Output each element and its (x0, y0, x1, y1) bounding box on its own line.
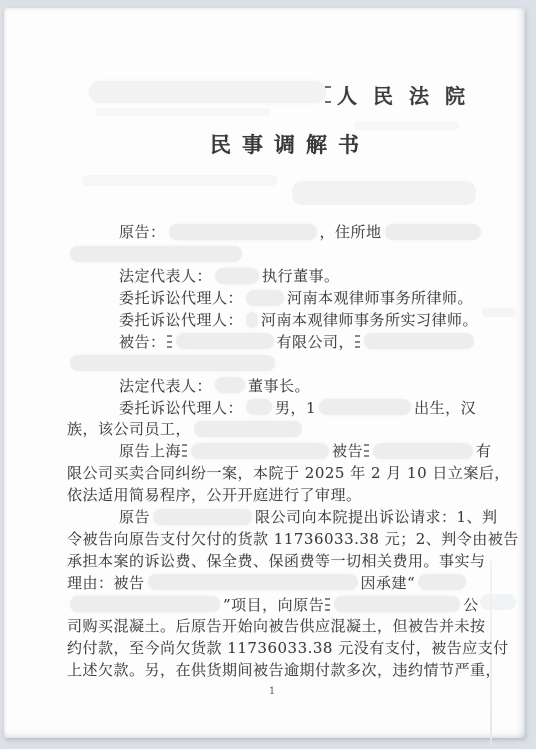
document-line: 委托诉讼代理人：河南本观律师事务所律师。 (67, 287, 476, 309)
line-text: 上述欠款。另，在供货期间被告逾期付款多次，违约情节严重， (67, 659, 501, 680)
redaction (373, 443, 473, 459)
redaction (153, 509, 252, 525)
redaction (246, 290, 284, 306)
line-text: 约付款，至今尚欠货款 11736033.38 元没有支付，被告应支付 (67, 637, 509, 658)
document-line: 依法适用简易程序，公开开庭进行了审理。 (67, 484, 476, 506)
redaction (191, 443, 329, 459)
line-text: 委托诉讼代理人： (119, 309, 243, 330)
line-text: 被告： (119, 331, 166, 352)
line-text: 因承建“ (361, 572, 416, 593)
redaction (364, 333, 474, 349)
document-line (67, 352, 476, 374)
line-text: 原告上海 (119, 440, 181, 461)
line-text: 被告 (332, 440, 363, 461)
glyph-fragment (325, 86, 331, 103)
line-text: 委托诉讼代理人： (119, 397, 243, 418)
line-text: ，住所地 (320, 221, 382, 242)
document-line: 原告上海被告有 (67, 440, 476, 462)
document-line: 法定代表人：董事长。 (67, 374, 476, 396)
line-text: 河南本观律师事务所实习律师。 (261, 309, 478, 330)
line-text: 法定代表人： (119, 265, 212, 286)
bleed-through-artifact (82, 175, 277, 186)
document-line: 原告限公司向本院提出诉讼请求：1、判 (67, 506, 476, 528)
line-text: 原告 (119, 506, 150, 527)
line-text: 原告： (119, 221, 166, 242)
line-text: 限公司买卖合同纠纷一案，本院于 2025 年 2 月 10 日立案后， (67, 462, 510, 483)
document-line: 限公司买卖合同纠纷一案，本院于 2025 年 2 月 10 日立案后， (67, 462, 476, 484)
line-text: 董事长。 (248, 375, 310, 396)
glyph-fragment (364, 444, 369, 457)
scanned-document-photo: { "header": { "court_suffix": "人民法院", "t… (0, 0, 536, 749)
line-text: 河南本观律师事务所律师。 (287, 287, 473, 308)
redaction (169, 224, 317, 240)
redaction-court-name (89, 81, 326, 103)
document-line: 约付款，至今尚欠货款 11736033.38 元没有支付，被告应支付 (67, 637, 476, 659)
redaction (215, 377, 245, 393)
glyph-fragment (167, 335, 172, 348)
line-text: 委托诉讼代理人： (119, 287, 243, 308)
document-body: 原告：，住所地法定代表人：执行董事。委托诉讼代理人：河南本观律师事务所律师。委托… (67, 221, 476, 681)
glyph-fragment (325, 598, 330, 611)
line-text: 承担本案的诉讼费、保全费、保函费等一切相关费用。事实与 (67, 550, 486, 571)
redaction (70, 246, 242, 262)
line-text: 法定代表人： (119, 375, 212, 396)
redaction (334, 596, 460, 612)
redaction (176, 333, 274, 349)
redaction-ghost (480, 594, 516, 610)
redaction (70, 355, 275, 371)
page-number: 1 (4, 686, 536, 697)
document-page: 人民法院 民事调解书 原告：，住所地法定代表人：执行董事。委托诉讼代理人：河南本… (4, 8, 525, 738)
redaction (194, 421, 302, 437)
redaction (215, 268, 259, 284)
document-title: 民事调解书 (210, 129, 370, 159)
document-line: 法定代表人：执行董事。 (67, 265, 476, 287)
line-text: 理由：被告 (67, 572, 145, 593)
court-name-suffix: 人民法院 (337, 80, 481, 109)
line-text: 男，1 (275, 397, 316, 418)
document-line: 承担本案的诉讼费、保全费、保函费等一切相关费用。事实与 (67, 549, 476, 571)
redaction (246, 399, 272, 415)
line-text: 限公司向本院提出诉讼请求：1、判 (255, 506, 498, 527)
document-line (67, 243, 476, 265)
redaction (148, 574, 358, 590)
line-text: 族，该公司员工， (67, 418, 191, 439)
document-line: 司购买混凝土。后原告开始向被告供应混凝土，但被告并未按 (67, 615, 476, 637)
bleed-through-artifact (482, 308, 516, 317)
document-line: ”项目，向原告公 (67, 593, 476, 615)
redaction (418, 574, 466, 590)
document-line: 上述欠款。另，在供货期间被告逾期付款多次，违约情节严重， (67, 659, 476, 681)
line-text: 有限公司， (277, 331, 355, 352)
line-text: 依法适用简易程序，公开开庭进行了审理。 (67, 484, 362, 505)
line-text: 令被告向原告支付欠付的货款 11736033.38 元；2、判令由被告 (67, 528, 519, 549)
document-line: 令被告向原告支付欠付的货款 11736033.38 元；2、判令由被告 (67, 527, 476, 549)
line-text: ”项目，向原告 (223, 594, 324, 615)
redaction (319, 399, 411, 415)
line-text: 公 (463, 594, 479, 615)
document-line: 委托诉讼代理人：河南本观律师事务所实习律师。 (67, 309, 476, 331)
document-line: 委托诉讼代理人：男，1出生，汉 (67, 396, 476, 418)
document-line: 族，该公司员工， (67, 418, 476, 440)
redaction (385, 224, 481, 240)
redaction-ghost (292, 181, 476, 205)
line-text: 有 (476, 440, 492, 461)
document-line: 原告：，住所地 (67, 221, 476, 243)
redaction (70, 596, 220, 612)
bleed-through-artifact (96, 108, 271, 116)
line-text: 执行董事。 (262, 265, 340, 286)
document-line: 被告：有限公司， (67, 330, 476, 352)
redaction (246, 312, 258, 328)
document-line: 理由：被告因承建“ (67, 571, 476, 593)
line-text: 出生，汉 (414, 397, 476, 418)
line-text: 司购买混凝土。后原告开始向被告供应混凝土，但被告并未按 (67, 615, 486, 636)
court-name-line: 人民法院 (4, 80, 536, 106)
glyph-fragment (182, 444, 187, 457)
glyph-fragment (355, 335, 360, 348)
